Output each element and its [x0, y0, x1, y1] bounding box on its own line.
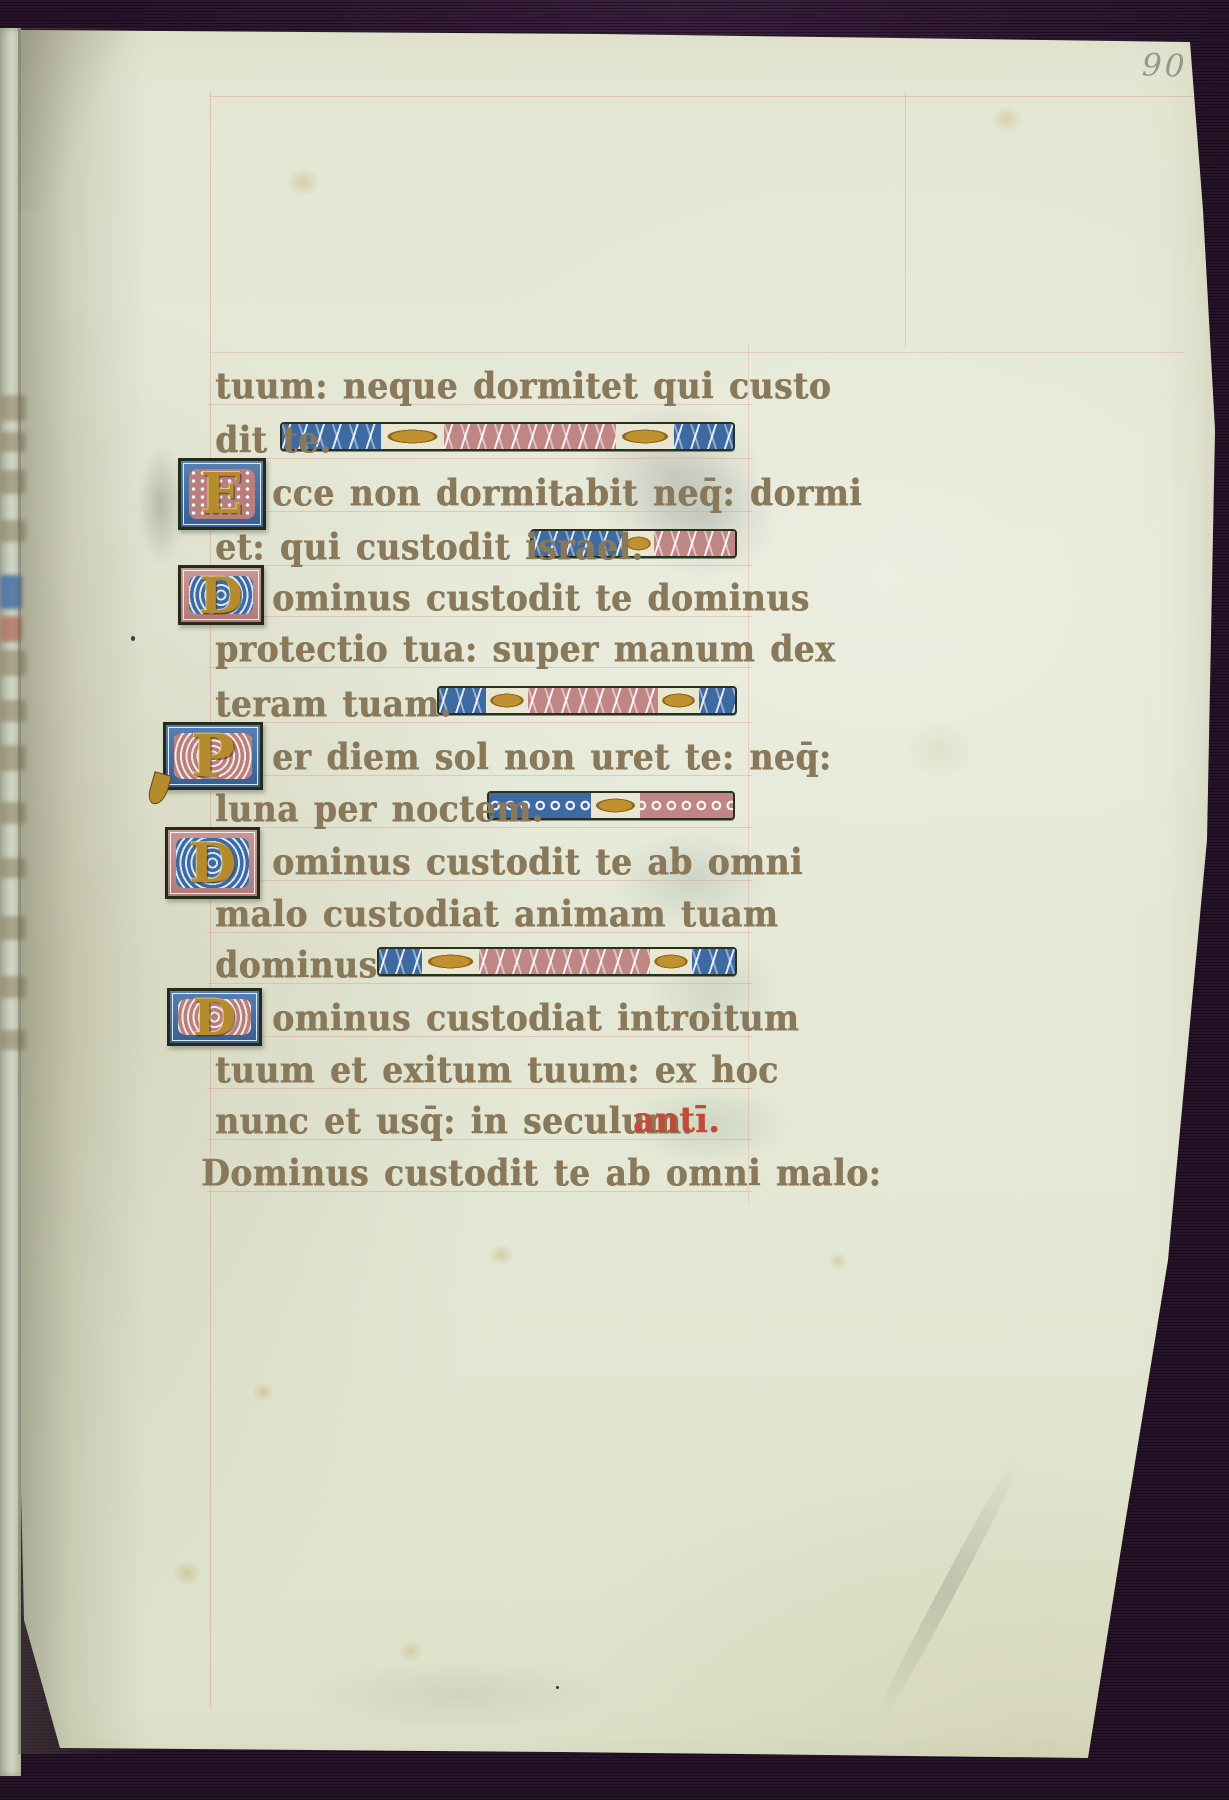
illuminated-initial-D: D: [178, 565, 264, 625]
initial-letter: E: [201, 461, 244, 527]
manuscript-line: ominus custodit te dominus: [215, 575, 750, 623]
manuscript-photo: 90 tuum: neque dormitet qui custodit te.…: [0, 0, 1229, 1800]
manuscript-line: protectio tua: super manum dex: [215, 626, 750, 674]
line-text: luna per noctem.: [215, 786, 543, 833]
filler-segment-blue: [674, 424, 733, 449]
illuminated-initial-D: D: [167, 988, 262, 1046]
illuminated-initial-E: E: [178, 458, 266, 530]
filler-segment-gold: [381, 424, 444, 449]
filler-segment-gold: [650, 949, 693, 974]
manuscript-line: er diem sol non uret te: neq̄:: [215, 734, 750, 782]
illuminated-initial-D: D: [165, 827, 260, 899]
line-text: dominus: [215, 942, 377, 989]
line-text: malo custodiat animam tuam: [215, 891, 778, 938]
line-filler-ornament: [280, 422, 735, 451]
folio-number: 90: [1141, 47, 1188, 85]
gutter-shadow: [18, 28, 148, 1754]
line-text: et: qui custodit israel.: [215, 524, 643, 571]
line-text: ominus custodit te ab omni: [272, 839, 803, 886]
line-text: ominus custodit te dominus: [272, 575, 810, 622]
line-text: Dominus custodit te ab omni malo:: [201, 1150, 881, 1197]
filler-segment-gold: [658, 688, 699, 713]
filler-segment-gold: [616, 424, 675, 449]
filler-segment-pink: [444, 424, 615, 449]
filler-segment-gold: [486, 688, 527, 713]
manuscript-line: tuum et exitum tuum: ex hoc: [215, 1047, 750, 1095]
filler-segment-blue: [692, 949, 735, 974]
initial-letter: P: [191, 722, 235, 790]
filler-segment-gold: [422, 949, 479, 974]
filler-segment-pink-rings: [640, 793, 733, 818]
line-text: er diem sol non uret te: neq̄:: [272, 734, 831, 781]
initial-letter: D: [189, 831, 236, 895]
line-text: tuum et exitum tuum: ex hoc: [215, 1047, 779, 1094]
manuscript-line: cce non dormitabit neq̄: dormi: [215, 470, 750, 518]
ruling-vertical-left: [210, 92, 211, 1707]
crease-vertical: [905, 92, 906, 347]
line-text: cce non dormitabit neq̄: dormi: [272, 470, 862, 517]
rubric-antiphon-label: antī.: [633, 1096, 720, 1143]
parchment-page: 90 tuum: neque dormitet qui custodit te.…: [0, 0, 1229, 1800]
manuscript-line: tuum: neque dormitet qui custo: [215, 363, 750, 411]
manuscript-line: Dominus custodit te ab omni malo:: [215, 1150, 750, 1198]
manuscript-line: nunc et usq̄: in seculum.antī.: [215, 1098, 750, 1146]
manuscript-line: ominus custodiat introitum: [215, 995, 750, 1043]
line-filler-ornament: [437, 686, 737, 715]
manuscript-line: ominus custodit te ab omni: [215, 839, 750, 887]
line-filler-ornament: [377, 947, 737, 976]
initial-letter: D: [193, 988, 236, 1047]
filler-segment-pink: [528, 688, 658, 713]
manuscript-line: malo custodiat animam tuam: [215, 891, 750, 939]
line-text: nunc et usq̄: in seculum.: [215, 1098, 693, 1145]
line-text: protectio tua: super manum dex: [215, 626, 835, 673]
filler-segment-pink: [654, 531, 735, 556]
filler-segment-blue: [379, 949, 422, 974]
illuminated-initial-P: P: [163, 722, 263, 790]
text-block: tuum: neque dormitet qui custodit te.cce…: [215, 0, 750, 1800]
gutter-fold-highlight: [18, 30, 128, 210]
filler-segment-gold: [591, 793, 640, 818]
filler-segment-pink: [479, 949, 650, 974]
initial-letter: D: [199, 566, 242, 625]
line-text: tuum: neque dormitet qui custo: [215, 363, 831, 410]
filler-segment-blue: [699, 688, 735, 713]
line-text: ominus custodiat introitum: [272, 995, 799, 1042]
